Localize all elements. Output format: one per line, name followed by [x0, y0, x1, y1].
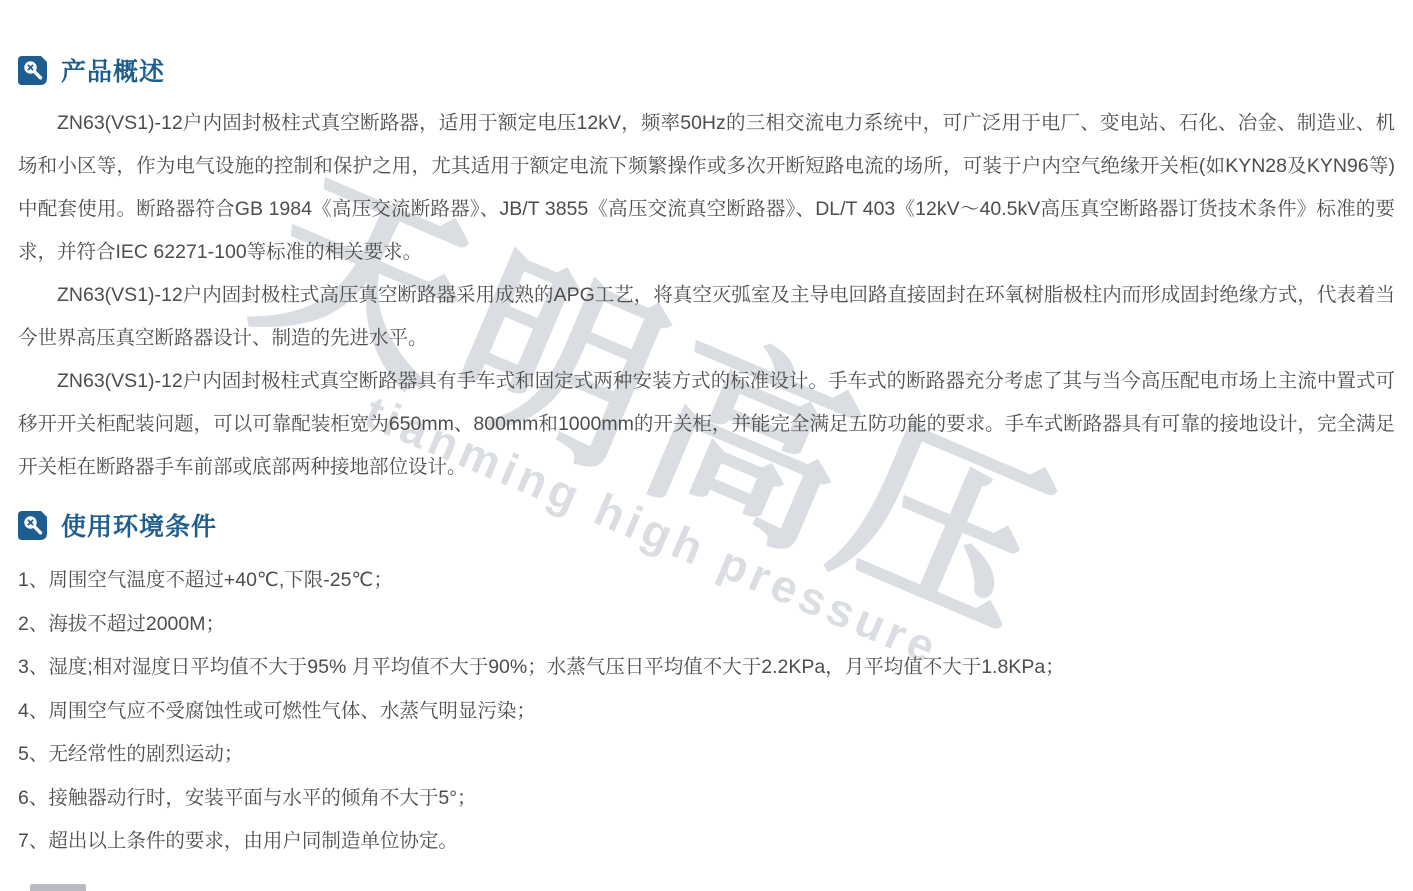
env-condition-2: 2、海拔不超过2000M；	[18, 603, 1395, 647]
document-page: 天明高压 tianming high pressure 产品概述 ZN63(VS…	[0, 0, 1413, 891]
overview-paragraph-2: ZN63(VS1)-12户内固封极柱式高压真空断路器采用成熟的APG工艺，将真空…	[18, 274, 1395, 360]
section-title-environment: 使用环境条件	[61, 507, 217, 543]
next-section-fragment	[30, 884, 86, 891]
environment-conditions-list: 1、周围空气温度不超过+40℃,下限-25℃； 2、海拔不超过2000M； 3、…	[18, 559, 1395, 864]
magnifier-icon	[18, 511, 49, 540]
document-content: 产品概述 ZN63(VS1)-12户内固封极柱式真空断路器，适用于额定电压12k…	[0, 0, 1413, 864]
overview-paragraph-3: ZN63(VS1)-12户内固封极柱式真空断路器具有手车式和固定式两种安装方式的…	[18, 360, 1395, 489]
section-header-overview: 产品概述	[0, 0, 1413, 88]
env-condition-5: 5、无经常性的剧烈运动；	[18, 733, 1395, 777]
env-condition-7: 7、超出以上条件的要求，由用户同制造单位协定。	[18, 820, 1395, 864]
env-condition-6: 6、接触器动行时，安装平面与水平的倾角不大于5°；	[18, 777, 1395, 821]
overview-paragraph-1: ZN63(VS1)-12户内固封极柱式真空断路器，适用于额定电压12kV，频率5…	[18, 102, 1395, 274]
env-condition-3: 3、湿度;相对湿度日平均值不大于95% 月平均值不大于90%；水蒸气压日平均值不…	[18, 646, 1395, 690]
section-header-environment: 使用环境条件	[0, 489, 1413, 543]
magnifier-icon	[18, 56, 49, 85]
section-title-overview: 产品概述	[61, 52, 165, 88]
env-condition-1: 1、周围空气温度不超过+40℃,下限-25℃；	[18, 559, 1395, 603]
env-condition-4: 4、周围空气应不受腐蚀性或可燃性气体、水蒸气明显污染；	[18, 690, 1395, 734]
